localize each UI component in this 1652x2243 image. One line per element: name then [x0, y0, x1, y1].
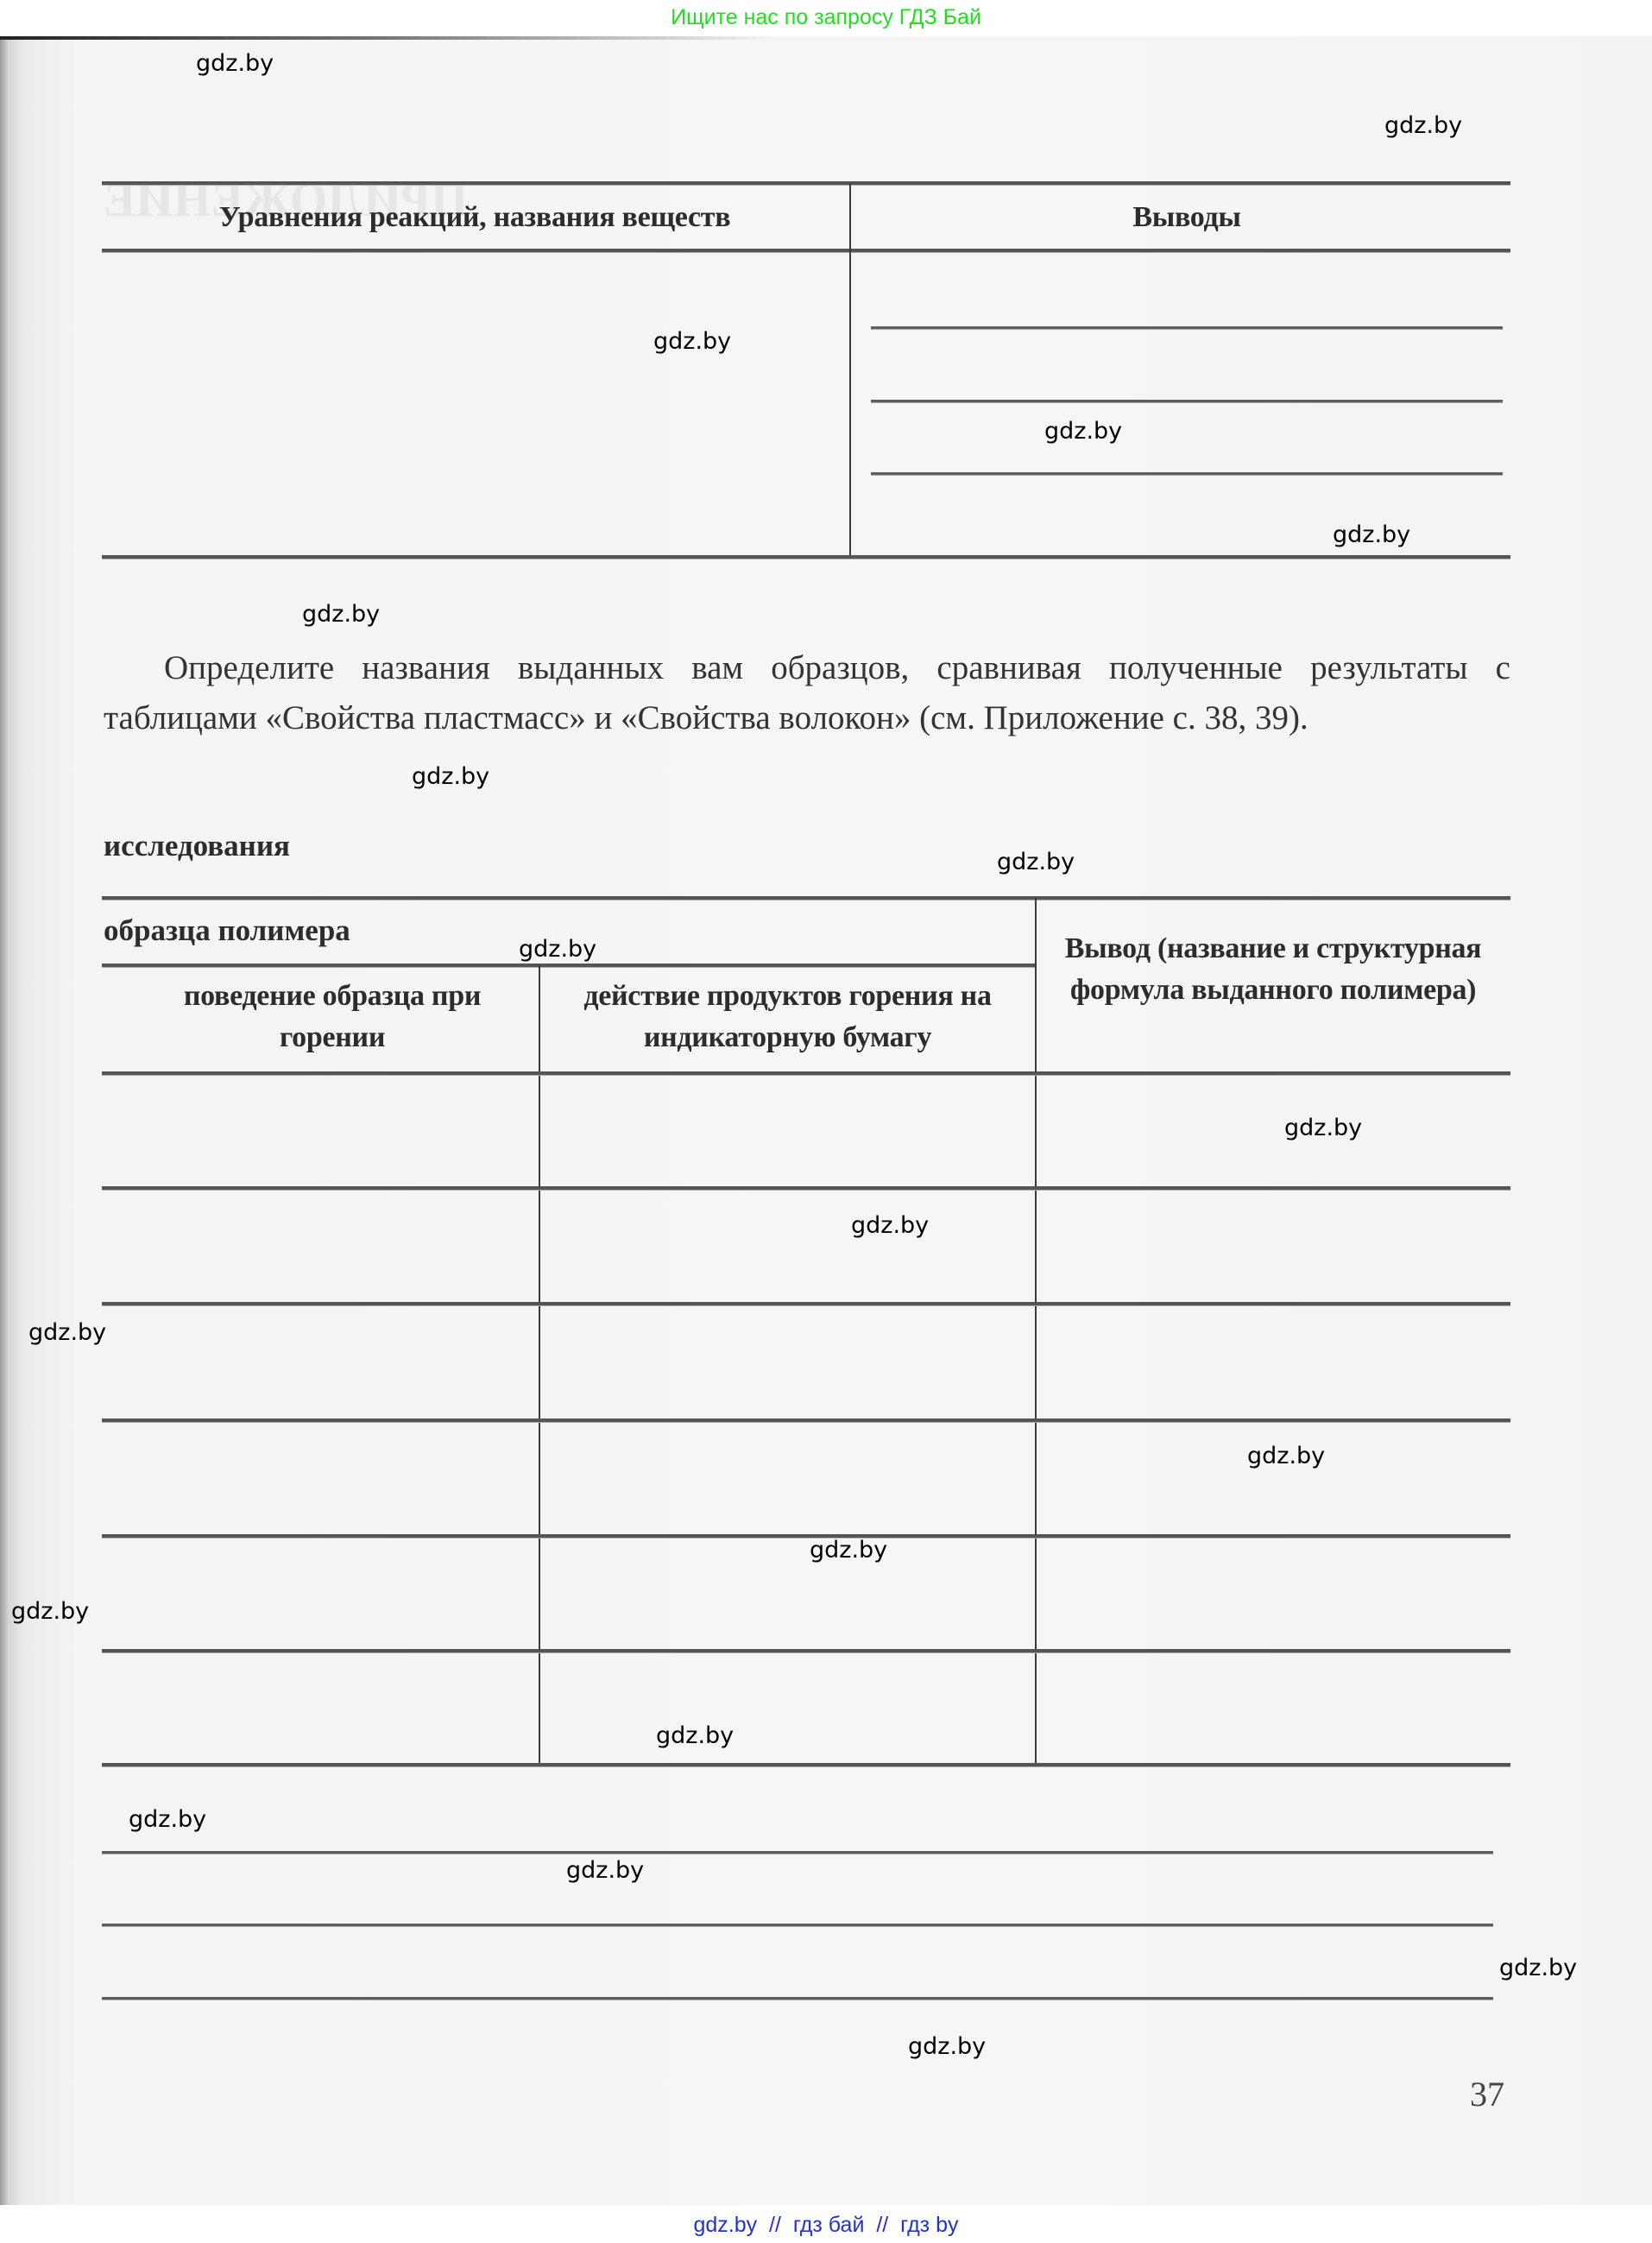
watermark: gdz.by	[1499, 1955, 1577, 1981]
watermark: gdz.by	[908, 2033, 986, 2060]
answer-line-3[interactable]	[102, 1997, 1493, 2000]
watermark: gdz.by	[810, 1537, 887, 1564]
watermark: gdz.by	[653, 328, 731, 355]
table2-label-sub: образца полимера	[104, 913, 350, 948]
watermark: gdz.by	[11, 1598, 89, 1625]
table1-conclusion-line-3[interactable]	[871, 472, 1503, 475]
watermark: gdz.by	[196, 50, 274, 77]
table2-row-rule-5[interactable]	[102, 1649, 1510, 1652]
table2-divider-2	[1035, 898, 1037, 1765]
page-number: 37	[1470, 2074, 1504, 2114]
table2-divider-1	[539, 965, 540, 1765]
watermark: gdz.by	[1384, 112, 1462, 139]
answer-line-1[interactable]	[102, 1851, 1493, 1854]
page-edge-shadow	[0, 36, 777, 40]
watermark: gdz.by	[519, 936, 596, 963]
watermark: gdz.by	[412, 763, 489, 790]
table1-col2-header: Выводы	[863, 197, 1510, 238]
table2-row-rule-1[interactable]	[102, 1186, 1510, 1190]
table2-top-rule	[102, 896, 1510, 900]
table1-bottom-rule	[102, 555, 1510, 559]
watermark: gdz.by	[997, 849, 1075, 875]
workbook-page	[0, 36, 1652, 2205]
table1-top-rule	[102, 181, 1510, 185]
search-banner: Ищите нас по запросу ГДЗ Бай	[0, 0, 1652, 35]
table1-conclusion-line-2[interactable]	[871, 400, 1503, 402]
watermark: gdz.by	[851, 1212, 929, 1239]
table1-column-divider	[849, 183, 851, 558]
watermark: gdz.by	[656, 1722, 734, 1749]
watermark: gdz.by	[129, 1806, 206, 1833]
table1-header-rule	[102, 249, 1510, 252]
footer-text[interactable]: gdz.by // гдз бай // гдз by	[693, 2213, 958, 2237]
watermark: gdz.by	[1044, 418, 1122, 445]
table2-row-rule-4[interactable]	[102, 1534, 1510, 1538]
answer-line-2[interactable]	[102, 1924, 1493, 1926]
watermark: gdz.by	[566, 1857, 644, 1884]
table2-subheader-rule	[102, 964, 1036, 967]
footer-links: gdz.by // гдз бай // гдз by	[0, 2207, 1652, 2243]
instruction-text: Определите названия выданных вам образцо…	[104, 649, 1510, 736]
table2-label-top: исследования	[104, 829, 290, 863]
table2-bottom-rule	[102, 1763, 1510, 1766]
instruction-paragraph: Определите названия выданных вам образцо…	[104, 643, 1510, 743]
watermark: gdz.by	[1333, 521, 1410, 548]
watermark: gdz.by	[1247, 1443, 1325, 1469]
watermark: gdz.by	[28, 1319, 106, 1346]
table2-col2-header: действие продуктов горения на индикаторн…	[552, 976, 1023, 1058]
watermark: gdz.by	[302, 601, 380, 628]
table1-conclusion-line-1[interactable]	[871, 326, 1503, 329]
table2-row-rule-2[interactable]	[102, 1302, 1510, 1305]
table1-col1-header: Уравнения реакций, названия веществ	[121, 197, 829, 238]
table2-col3-header: Вывод (название и структурная формула вы…	[1053, 928, 1493, 1011]
table2-header-rule	[102, 1071, 1510, 1075]
watermark: gdz.by	[1284, 1115, 1362, 1141]
banner-text: Ищите нас по запросу ГДЗ Бай	[671, 5, 981, 29]
table2-col1-header: поведение образца при горении	[173, 976, 492, 1058]
table2-row-rule-3[interactable]	[102, 1418, 1510, 1422]
